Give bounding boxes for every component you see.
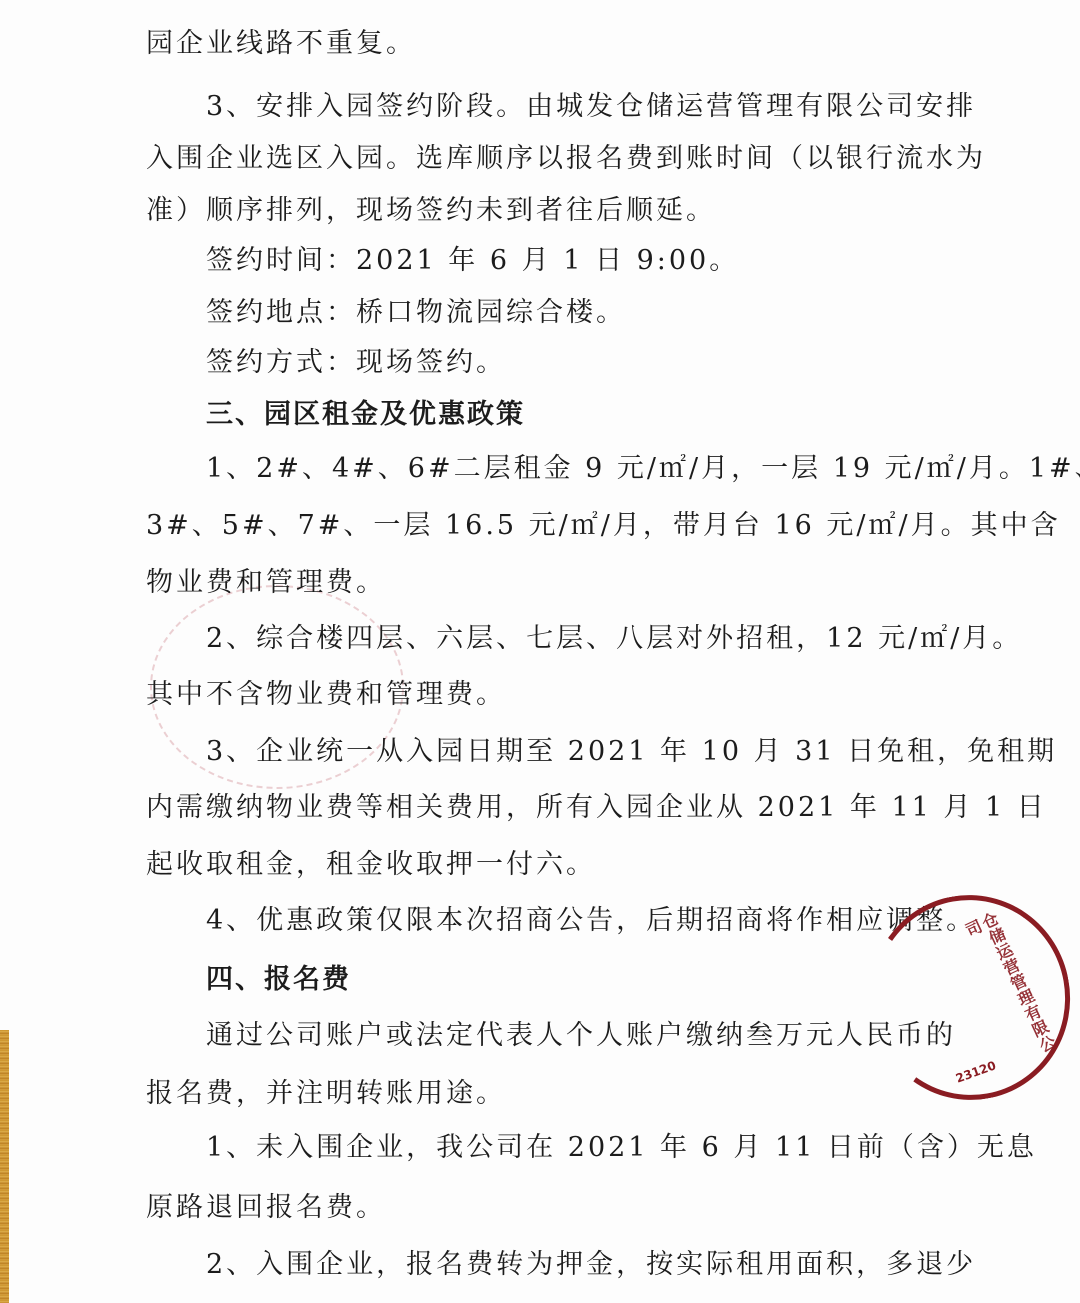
- company-seal-text: 仓储运营管理有限公司: [939, 910, 1061, 1080]
- signing-location: 签约地点：桥口物流园综合楼。: [206, 295, 626, 331]
- text-line: 通过公司账户或法定代表人个人账户缴纳叁万元人民币的: [206, 1018, 956, 1054]
- text-line: 3、安排入园签约阶段。由城发仓储运营管理有限公司安排: [206, 89, 976, 125]
- text-line: 2、综合楼四层、六层、七层、八层对外招租，12 元/㎡/月。: [206, 621, 1022, 657]
- text-line: 2、入围企业，报名费转为押金，按实际租用面积，多退少: [206, 1247, 976, 1283]
- text-line: 1、未入围企业，我公司在 2021 年 6 月 11 日前（含）无息: [206, 1130, 1037, 1166]
- text-line: 物业费和管理费。: [146, 565, 386, 601]
- scan-edge-strip: [0, 1030, 9, 1303]
- company-seal-code: 23120: [954, 1058, 998, 1085]
- signing-time: 签约时间：2021 年 6 月 1 日 9:00。: [206, 243, 739, 279]
- text-line: 1、2#、4#、6#二层租金 9 元/㎡/月，一层 19 元/㎡/月。1#、: [206, 451, 1080, 487]
- text-line: 内需缴纳物业费等相关费用，所有入园企业从 2021 年 11 月 1 日: [146, 790, 1047, 826]
- text-line: 起收取租金，租金收取押一付六。: [146, 847, 596, 883]
- text-line: 3#、5#、7#、一层 16.5 元/㎡/月，带月台 16 元/㎡/月。其中含: [146, 508, 1061, 544]
- text-line: 其中不含物业费和管理费。: [146, 677, 506, 713]
- text-line: 3、企业统一从入园日期至 2021 年 10 月 31 日免租，免租期: [206, 734, 1057, 770]
- text-line: 原路退回报名费。: [146, 1190, 386, 1226]
- text-line: 报名费，并注明转账用途。: [146, 1076, 506, 1112]
- signing-method: 签约方式：现场签约。: [206, 345, 506, 381]
- section-heading-registration-fee: 四、报名费: [206, 962, 351, 998]
- text-line: 园企业线路不重复。: [146, 26, 416, 62]
- text-line: 准）顺序排列，现场签约未到者往后顺延。: [146, 193, 716, 229]
- section-heading-rent-policy: 三、园区租金及优惠政策: [206, 397, 525, 433]
- document-page: 园企业线路不重复。 3、安排入园签约阶段。由城发仓储运营管理有限公司安排 入围企…: [0, 0, 1080, 1303]
- text-line: 4、优惠政策仅限本次招商公告，后期招商将作相应调整。: [206, 903, 976, 939]
- text-line: 入围企业选区入园。选库顺序以报名费到账时间（以银行流水为: [146, 141, 986, 177]
